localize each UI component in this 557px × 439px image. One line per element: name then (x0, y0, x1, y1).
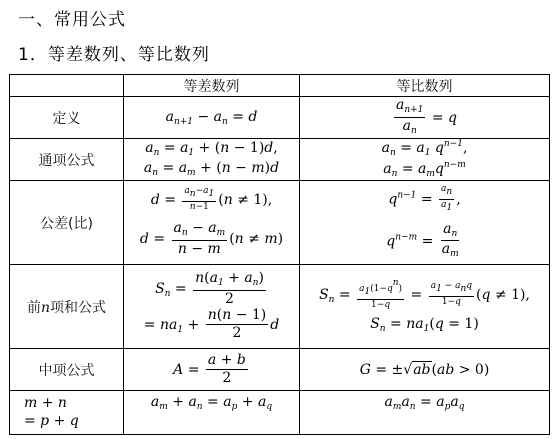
sequence-formula-table: 等差数列 等比数列 定义 an+1 − an = d an+1an = q 通项… (9, 74, 550, 435)
subsection-heading: 1．等差数列、等比数列 (18, 40, 210, 65)
table-row-definition: 定义 an+1 − an = d an+1an = q (10, 97, 550, 139)
geometric-partial-sum: Sn = a1(1−qn)1−q = a1 − anq1−q(q ≠ 1), S… (300, 265, 550, 349)
row-label-index-property: m + n = p + q (10, 391, 124, 435)
header-empty (10, 75, 124, 97)
arithmetic-middle-term: A = a + b2 (124, 349, 300, 391)
geometric-definition: an+1an = q (300, 97, 550, 139)
section-heading: 一、常用公式 (18, 5, 126, 30)
arithmetic-common-difference: d = an−a1n−1(n ≠ 1), d = an − amn − m(n … (124, 181, 300, 265)
arithmetic-general-term: an = a1 + (n − 1)d, an = am + (n − m)d (124, 139, 300, 181)
geometric-index-property: aman = apaq (300, 391, 550, 435)
header-geometric: 等比数列 (300, 75, 550, 97)
row-label-middle-term: 中项公式 (10, 349, 124, 391)
table-row-common-difference: 公差(比) d = an−a1n−1(n ≠ 1), d = an − amn … (10, 181, 550, 265)
header-arithmetic: 等差数列 (124, 75, 300, 97)
row-label-definition: 定义 (10, 97, 124, 139)
row-label-general-term: 通项公式 (10, 139, 124, 181)
table-row-partial-sum: 前n项和公式 Sn = n(a1 + an)2 = na1 + n(n − 1)… (10, 265, 550, 349)
arithmetic-definition: an+1 − an = d (124, 97, 300, 139)
row-label-partial-sum: 前n项和公式 (10, 265, 124, 349)
arithmetic-partial-sum: Sn = n(a1 + an)2 = na1 + n(n − 1)2d (124, 265, 300, 349)
geometric-general-term: an = a1 qn−1, an = amqn−m (300, 139, 550, 181)
geometric-common-ratio: qn−1 = ana1, qn−m = anam (300, 181, 550, 265)
table-row-general-term: 通项公式 an = a1 + (n − 1)d, an = am + (n − … (10, 139, 550, 181)
arithmetic-index-property: am + an = ap + aq (124, 391, 300, 435)
header-row: 等差数列 等比数列 (10, 75, 550, 97)
table-row-index-property: m + n = p + q am + an = ap + aq aman = a… (10, 391, 550, 435)
geometric-middle-term: G = ±√ab(ab > 0) (300, 349, 550, 391)
table-row-middle-term: 中项公式 A = a + b2 G = ±√ab(ab > 0) (10, 349, 550, 391)
row-label-common-difference: 公差(比) (10, 181, 124, 265)
